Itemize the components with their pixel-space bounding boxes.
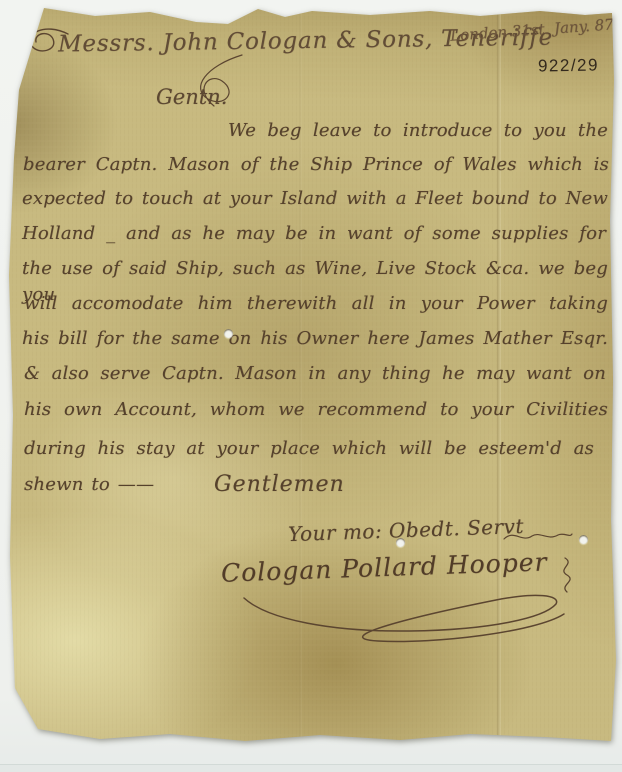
signature: Cologan Pollard Hooper bbox=[221, 547, 548, 587]
letter-paper-wrap: Messrs. John Cologan & Sons, Teneriffe L… bbox=[0, 0, 622, 772]
body-line: expected to touch at your Island with a … bbox=[22, 186, 608, 212]
punch-hole bbox=[579, 535, 588, 544]
punch-hole bbox=[396, 538, 405, 547]
body-line: his bill for the same on his Owner here … bbox=[22, 326, 608, 352]
punch-hole bbox=[224, 329, 233, 338]
signature-flourish bbox=[238, 586, 568, 648]
letter-paper: Messrs. John Cologan & Sons, Teneriffe L… bbox=[0, 0, 622, 772]
body-line: Holland _ and as he may be in want of so… bbox=[22, 221, 606, 247]
body-line: will accomodate him therewith all in you… bbox=[24, 291, 608, 317]
body-line: his own Account, whom we recommend to yo… bbox=[24, 397, 608, 423]
body-line: & also serve Captn. Mason in any thing h… bbox=[24, 361, 606, 387]
valediction: Gentlemen bbox=[214, 472, 345, 497]
salutation: Gentn. bbox=[156, 85, 227, 109]
closing-squiggle-flourish bbox=[502, 527, 574, 545]
closing-line: Your mo: Obedt. Servt bbox=[288, 514, 525, 546]
body-line: bearer Captn. Mason of the Ship Prince o… bbox=[23, 152, 609, 178]
body-line: We beg leave to introduce to you the bbox=[228, 118, 608, 144]
body-line: during his stay at your place which will… bbox=[24, 436, 594, 462]
body-line: shewn to —— bbox=[24, 472, 154, 498]
scan-edge-strip bbox=[0, 764, 622, 772]
archive-reference: 922/29 bbox=[538, 55, 599, 76]
scanner-background: Messrs. John Cologan & Sons, Teneriffe L… bbox=[0, 0, 622, 772]
